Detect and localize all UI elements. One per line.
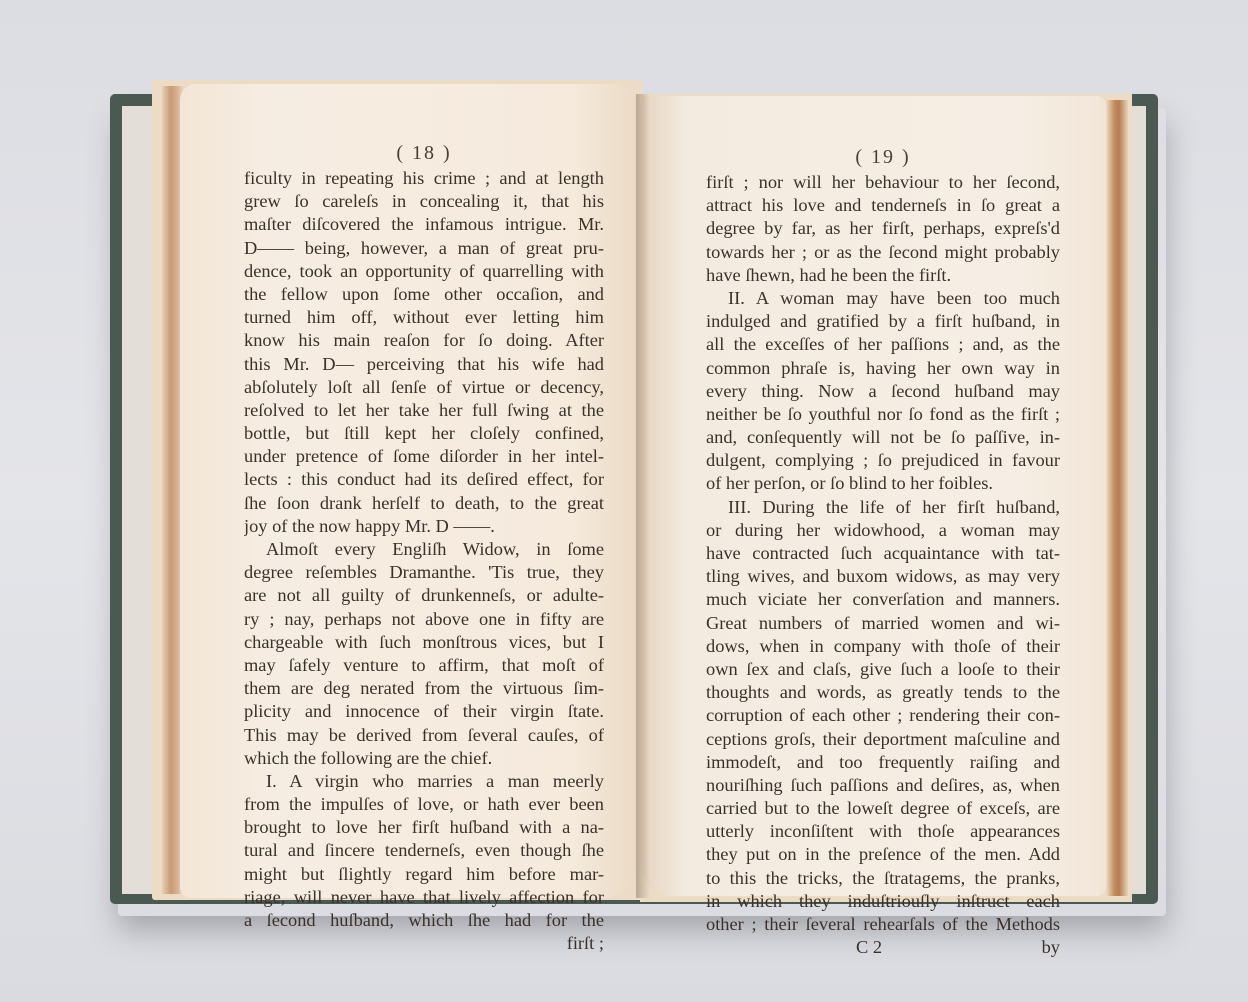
- text-line: and, conſequently will not be ſo paſſive…: [706, 426, 1060, 449]
- page-number: ( 18 ): [244, 142, 604, 165]
- text-line: nouriſhing ſuch paſſions and deſires, as…: [706, 774, 1060, 797]
- text-line: utterly inconſiſtent with thoſe appearan…: [706, 820, 1060, 843]
- text-line: grew ſo careleſs in concealing it, that …: [244, 190, 604, 213]
- text-line: in which they induſtriouſly inſtruct eac…: [706, 890, 1060, 913]
- text-line: a ſecond huſband, which ſhe had for the: [244, 909, 604, 932]
- text-line: have ſhewn, had he been the firſt.: [706, 264, 1060, 287]
- page-text: firſt ; nor will her behaviour to her ſe…: [706, 171, 1060, 936]
- text-line: to this the tricks, the ſtratagems, the …: [706, 867, 1060, 890]
- text-line: III. During the life of her firſt huſban…: [706, 496, 1060, 519]
- text-line: carried but to the loweſt degree of exce…: [706, 797, 1060, 820]
- text-line: D—— being, however, a man of great pru-: [244, 237, 604, 260]
- text-line: they put on in the preſence of the men. …: [706, 843, 1060, 866]
- gutter-shadow: [636, 94, 650, 898]
- text-line: ry ; nay, perhaps not above one in fifty…: [244, 608, 604, 631]
- text-line: tling wives, and buxom widows, as may ve…: [706, 565, 1060, 588]
- catchword: by: [1042, 936, 1060, 959]
- text-line: have contracted ſuch acquaintance with t…: [706, 542, 1060, 565]
- text-line: the fellow upon ſome other occaſion, and: [244, 283, 604, 306]
- text-line: Almoſt every Engliſh Widow, in ſome: [244, 538, 604, 561]
- text-line: all the exceſſes of her paſſions ; and, …: [706, 333, 1060, 356]
- page-number: ( 19 ): [706, 146, 1060, 169]
- text-line: towards her ; or as the ſecond might pro…: [706, 241, 1060, 264]
- foxed-page-edge-right: [1106, 100, 1128, 896]
- text-line: which the following are the chief.: [244, 747, 604, 770]
- text-line: might but ſlightly regard him before mar…: [244, 863, 604, 886]
- text-line: degree reſembles Dramanthe. 'Tis true, t…: [244, 561, 604, 584]
- text-line: This may be derived from ſeveral cauſes,…: [244, 724, 604, 747]
- text-line: lects : this conduct had its deſired eff…: [244, 468, 604, 491]
- text-line: them are deg nerated from the virtuous ſ…: [244, 677, 604, 700]
- text-line: immodeſt, and too frequently raiſing and: [706, 751, 1060, 774]
- text-line: thoughts and words, as greatly tends to …: [706, 681, 1060, 704]
- left-page: ( 18 ) ficulty in repeating his crime ; …: [180, 84, 642, 898]
- text-line: turned him off, without ever letting him: [244, 306, 604, 329]
- text-line: are not all guilty of drunkenneſs, or ad…: [244, 584, 604, 607]
- text-line: neither be ſo youthful nor ſo fond as th…: [706, 403, 1060, 426]
- text-line: dulgent, complying ; ſo prejudiced in fa…: [706, 449, 1060, 472]
- text-line: much viciate her converſation and manner…: [706, 588, 1060, 611]
- text-line: plicity and innocence of their virgin ſt…: [244, 700, 604, 723]
- text-line: degree by far, as her firſt, perhaps, ex…: [706, 217, 1060, 240]
- text-line: ficulty in repeating his crime ; and at …: [244, 167, 604, 190]
- text-line: maſter diſcovered the infamous intrigue.…: [244, 213, 604, 236]
- text-line: ceptions groſs, their deportment maſculi…: [706, 728, 1060, 751]
- text-line: reſolved to let her take her full ſwing …: [244, 399, 604, 422]
- text-line: firſt ; nor will her behaviour to her ſe…: [706, 171, 1060, 194]
- text-line: bottle, but ſtill kept her cloſely confi…: [244, 422, 604, 445]
- text-line: from the impulſes of love, or hath ever …: [244, 793, 604, 816]
- text-line: ſhe ſoon drank herſelf to death, to the …: [244, 492, 604, 515]
- catchword: firſt ;: [244, 932, 604, 955]
- text-line: dows, when in company with thoſe of thei…: [706, 635, 1060, 658]
- text-line: every thing. Now a ſecond huſband may: [706, 380, 1060, 403]
- text-line: other ; their ſeveral rehearſals of the …: [706, 913, 1060, 936]
- text-line: or during her widowhood, a woman may: [706, 519, 1060, 542]
- text-line: attract his love and tenderneſs in ſo gr…: [706, 194, 1060, 217]
- text-line: joy of the now happy Mr. D ——.: [244, 515, 604, 538]
- text-line: under pretence of ſome diſorder in her i…: [244, 445, 604, 468]
- page-text: ficulty in repeating his crime ; and at …: [244, 167, 604, 932]
- text-line: dence, took an opportunity of quarrellin…: [244, 260, 604, 283]
- text-line: chargeable with ſuch monſtrous vices, bu…: [244, 631, 604, 654]
- text-line: know his main reaſon for ſo doing. After: [244, 329, 604, 352]
- text-line: common phraſe is, having her own way in: [706, 357, 1060, 380]
- text-line: II. A woman may have been too much: [706, 287, 1060, 310]
- text-line: brought to love her firſt huſband with a…: [244, 816, 604, 839]
- right-page: ( 19 ) firſt ; nor will her behaviour to…: [642, 96, 1106, 896]
- text-line: abſolutely loſt all ſenſe of virtue or d…: [244, 376, 604, 399]
- text-line: indulged and gratified by a firſt huſban…: [706, 310, 1060, 333]
- text-line: corruption of each other ; rendering the…: [706, 704, 1060, 727]
- text-line: of her perſon, or ſo blind to her foible…: [706, 472, 1060, 495]
- text-line: Great numbers of married women and wi-: [706, 612, 1060, 635]
- text-line: own ſex and claſs, give ſuch a looſe to …: [706, 658, 1060, 681]
- text-line: riage, will never have that lively affec…: [244, 886, 604, 909]
- page-footer: C 2 by: [706, 936, 1060, 959]
- text-line: this Mr. D— perceiving that his wife had: [244, 353, 604, 376]
- text-line: tural and ſincere tenderneſs, even thoug…: [244, 839, 604, 862]
- text-line: may ſafely venture to affirm, that moſt …: [244, 654, 604, 677]
- signature-mark: C 2: [856, 936, 882, 959]
- text-line: I. A virgin who marries a man meerly: [244, 770, 604, 793]
